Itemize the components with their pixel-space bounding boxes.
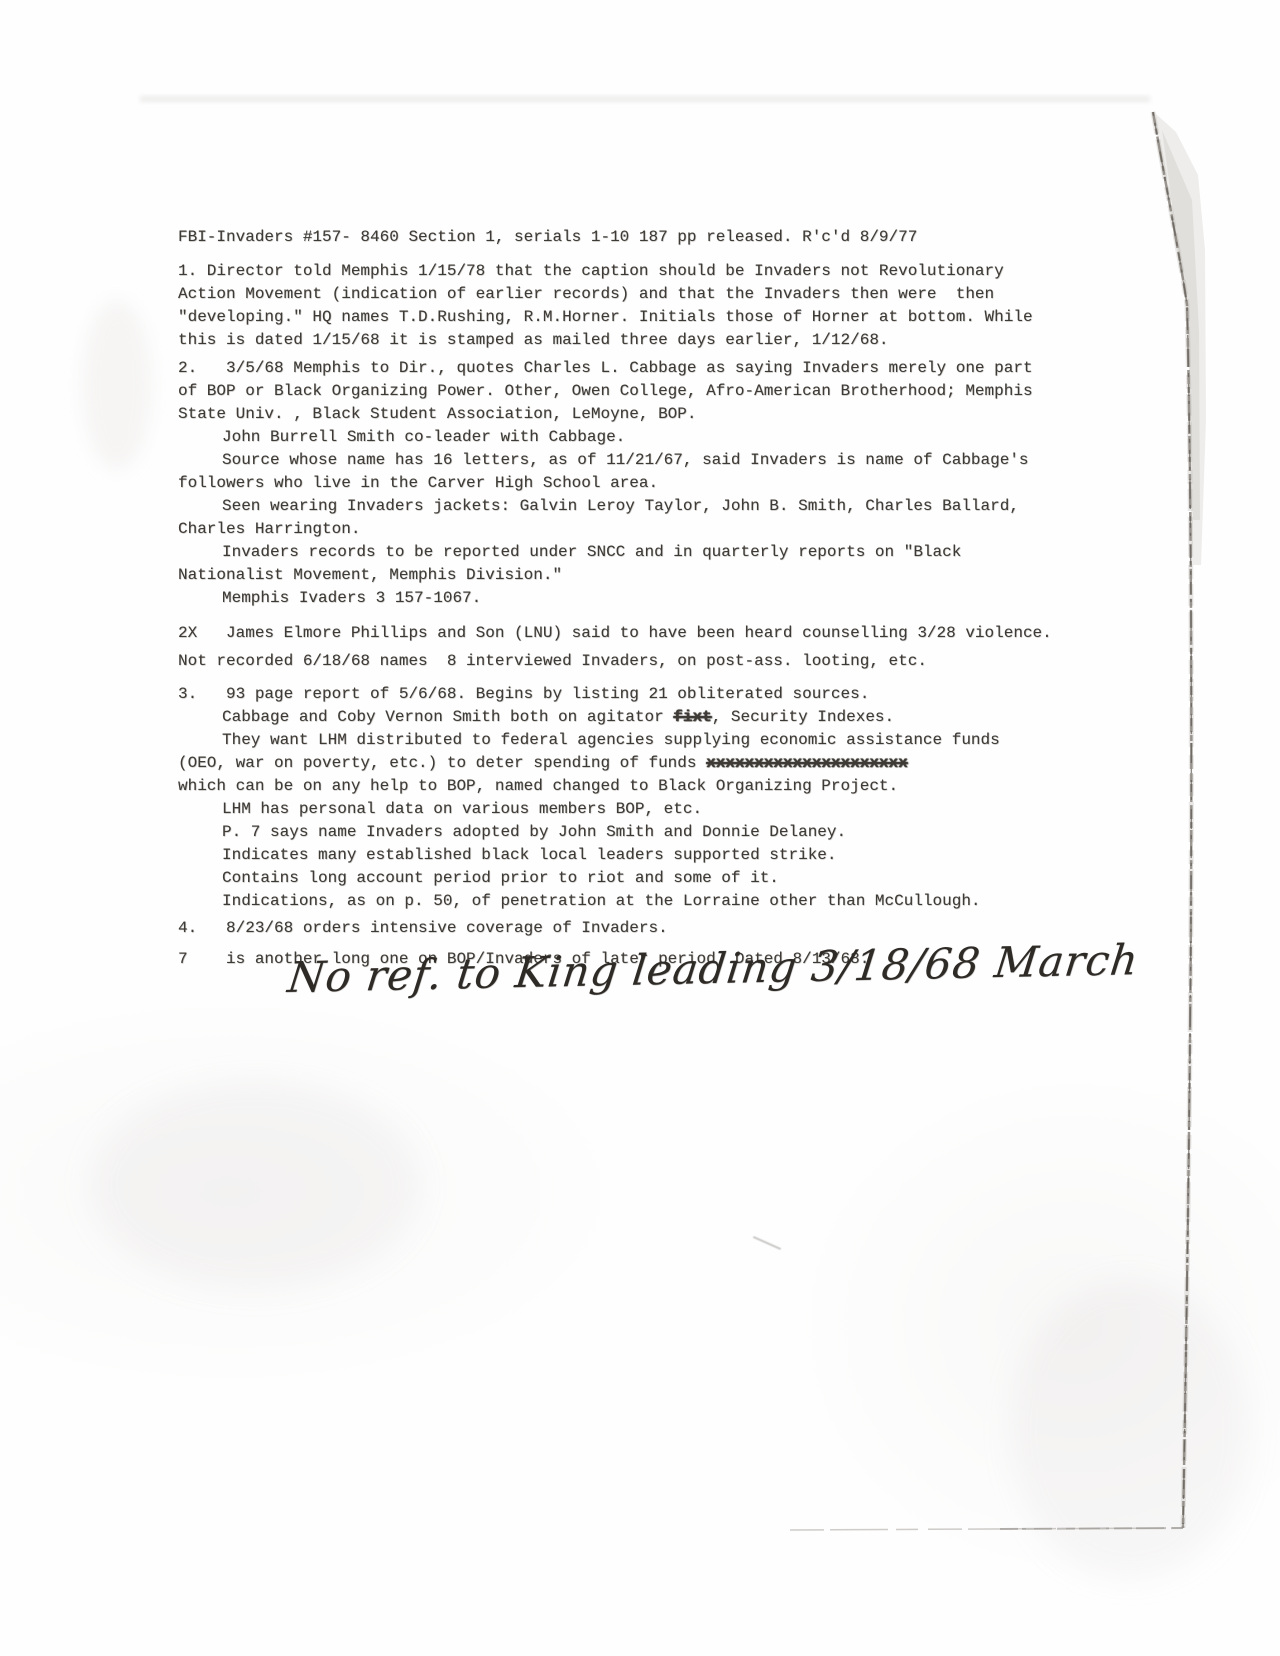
scan-bottom-edge-line-dark	[1000, 1528, 1183, 1529]
typed-line: Invaders records to be reported under SN…	[178, 541, 1078, 564]
typed-line: Contains long account period prior to ri…	[178, 867, 1078, 890]
typed-line: Source whose name has 16 letters, as of …	[178, 449, 1078, 472]
document-page: FBI-Invaders #157- 8460 Section 1, seria…	[0, 0, 1280, 1656]
typed-text: (OEO, war on poverty, etc.) to deter spe…	[178, 754, 706, 772]
typed-line: (OEO, war on poverty, etc.) to deter spe…	[178, 752, 1078, 775]
typed-text: Cabbage and Coby Vernon Smith both on ag…	[222, 708, 673, 726]
typed-line: which can be on any help to BOP, named c…	[178, 775, 1078, 798]
typed-line: P. 7 says name Invaders adopted by John …	[178, 821, 1078, 844]
scan-edge-line	[1153, 112, 1191, 1528]
typed-line: 2. 3/5/68 Memphis to Dir., quotes Charle…	[178, 357, 1078, 380]
header-line: FBI-Invaders #157- 8460 Section 1, seria…	[178, 226, 1078, 249]
typed-line: Not recorded 6/18/68 names 8 interviewed…	[178, 650, 1078, 673]
typed-line: John Burrell Smith co-leader with Cabbag…	[178, 426, 1078, 449]
typed-line: "developing." HQ names T.D.Rushing, R.M.…	[178, 306, 1078, 329]
typed-line: LHM has personal data on various members…	[178, 798, 1078, 821]
typed-line: this is dated 1/15/68 it is stamped as m…	[178, 329, 1078, 352]
typed-text-block: FBI-Invaders #157- 8460 Section 1, seria…	[178, 226, 1078, 971]
typed-line: Action Movement (indication of earlier r…	[178, 283, 1078, 306]
struck-out-text: fixt	[673, 708, 711, 726]
typed-line: 1. Director told Memphis 1/15/78 that th…	[178, 260, 1078, 283]
typed-line: State Univ. , Black Student Association,…	[178, 403, 1078, 426]
typed-line: They want LHM distributed to federal age…	[178, 729, 1078, 752]
typed-line: Seen wearing Invaders jackets: Galvin Le…	[178, 495, 1078, 518]
typed-text: , Security Indexes.	[712, 708, 894, 726]
typed-line: 4. 8/23/68 orders intensive coverage of …	[178, 917, 1078, 940]
typed-line: Cabbage and Coby Vernon Smith both on ag…	[178, 706, 1078, 729]
typed-line: followers who live in the Carver High Sc…	[178, 472, 1078, 495]
typed-line: Charles Harrington.	[178, 518, 1078, 541]
typed-line: of BOP or Black Organizing Power. Other,…	[178, 380, 1078, 403]
typed-line: 3. 93 page report of 5/6/68. Begins by l…	[178, 683, 1078, 706]
typed-line: Indications, as on p. 50, of penetration…	[178, 890, 1078, 913]
typed-line: Memphis Ivaders 3 157-1067.	[178, 587, 1078, 610]
typed-line: 2X James Elmore Phillips and Son (LNU) s…	[178, 622, 1078, 645]
typed-line: Indicates many established black local l…	[178, 844, 1078, 867]
struck-out-text: xxxxxxxxxxxxxxxxxxxxx	[706, 754, 908, 772]
typed-line: Nationalist Movement, Memphis Division."	[178, 564, 1078, 587]
